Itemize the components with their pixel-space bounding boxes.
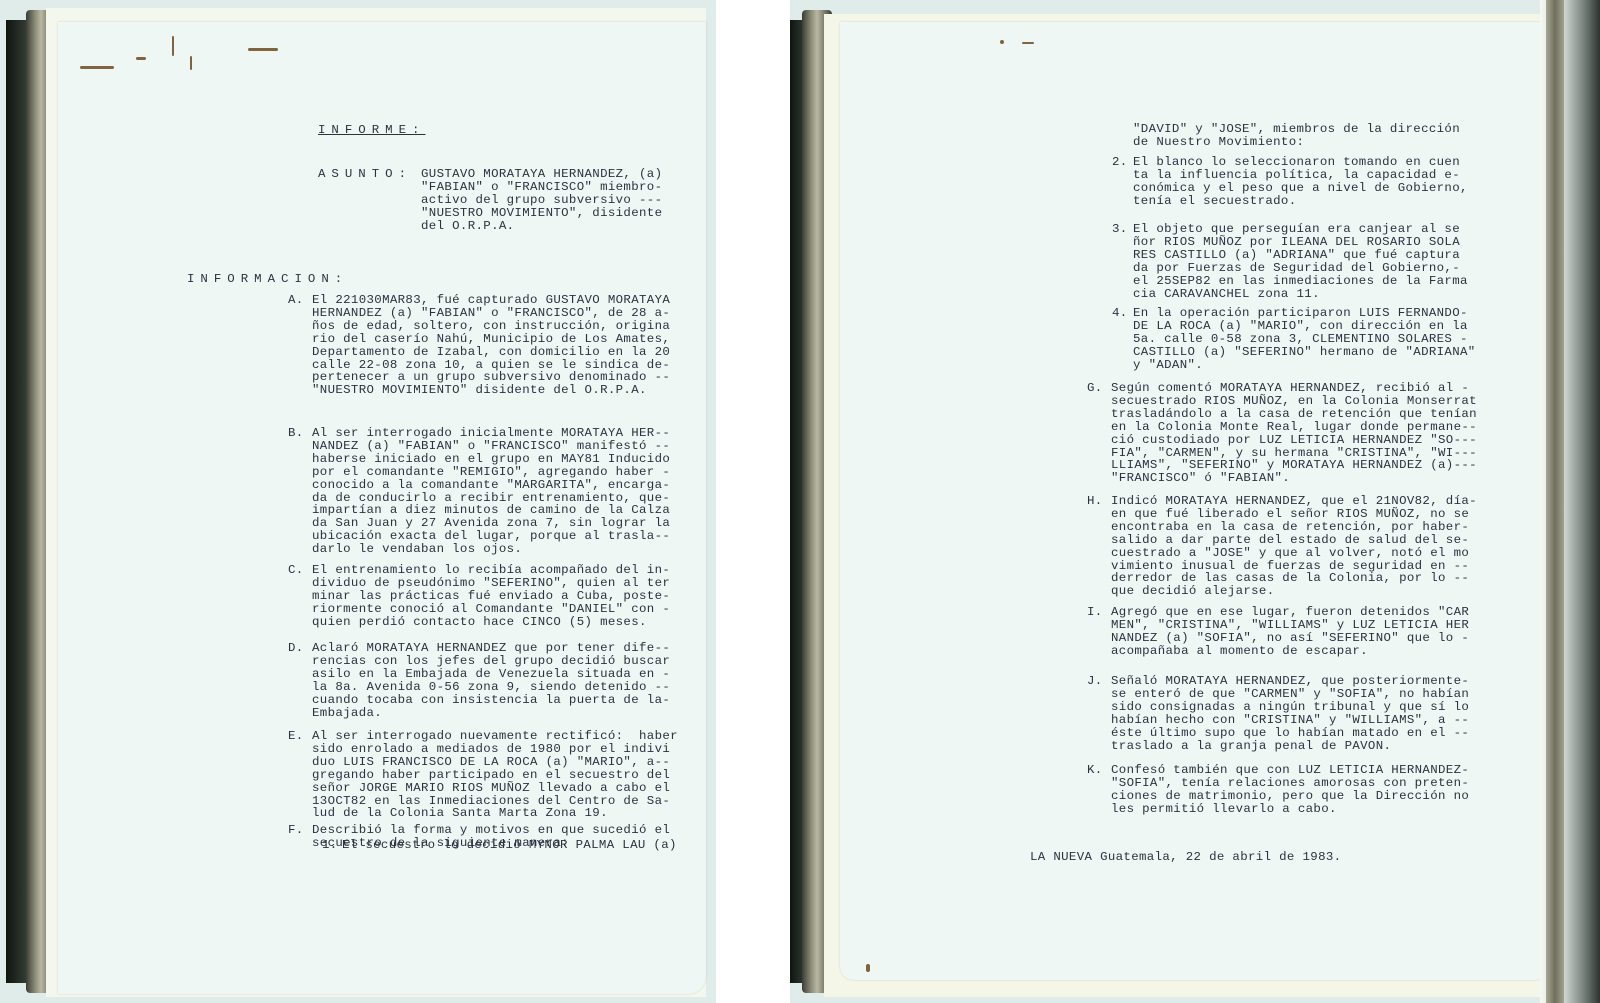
item-h-label: H.: [1087, 495, 1103, 508]
subitem-1-text: El secuestro lo decidió MYNOR PALMA LAU …: [342, 839, 677, 852]
item-b-label: B.: [288, 427, 304, 440]
subitem-3-text: El objeto que perseguían era canjear al …: [1133, 223, 1468, 300]
item-g-label: G.: [1087, 382, 1103, 395]
item-j-label: J.: [1087, 675, 1103, 688]
report-title: INFORME:: [318, 124, 426, 137]
item-j-text: Señaló MORATAYA HERNANDEZ, que posterior…: [1111, 675, 1469, 752]
item-i-text: Agregó que en ese lugar, fueron detenido…: [1111, 606, 1469, 658]
staple-mark: [172, 36, 174, 56]
item-f-label: F.: [288, 824, 304, 837]
item-a-label: A.: [288, 294, 304, 307]
item-c-text: El entrenamiento lo recibía acompañado d…: [312, 564, 670, 629]
staple-mark: [1000, 40, 1004, 44]
staple-mark: [190, 56, 192, 70]
item-b-text: Al ser interrogado inicialmente MORATAYA…: [312, 427, 670, 556]
stain-spot: [866, 964, 870, 972]
subitem-3-label: 3.: [1112, 223, 1128, 236]
staple-mark: [80, 66, 114, 69]
section-heading: INFORMACION:: [187, 273, 348, 286]
item-d-label: D.: [288, 642, 304, 655]
staple-mark: [136, 57, 146, 60]
subject-label: ASUNTO:: [318, 168, 412, 181]
item-h-text: Indicó MORATAYA HERNANDEZ, que el 21NOV8…: [1111, 495, 1477, 598]
document-page-2: "DAVID" y "JOSE", miembros de la direcci…: [840, 22, 1550, 980]
subitem-2-text: El blanco lo seleccionaron tomando en cu…: [1133, 156, 1468, 208]
subitem-1-label: 1.: [322, 839, 338, 852]
staple-mark: [1022, 42, 1034, 44]
item-e-label: E.: [288, 730, 304, 743]
staple-mark: [248, 48, 278, 51]
subitem-4-label: 4.: [1112, 307, 1128, 320]
subject-lines: GUSTAVO MORATAYA HERNANDEZ, (a) "FABIAN"…: [421, 168, 662, 233]
item-i-label: I.: [1087, 606, 1103, 619]
item-d-text: Aclaró MORATAYA HERNANDEZ que por tener …: [312, 642, 670, 719]
item-c-label: C.: [288, 564, 304, 577]
subitem-2-label: 2.: [1112, 156, 1128, 169]
item-k-text: Confesó también que con LUZ LETICIA HERN…: [1111, 764, 1469, 816]
right-binding-spine: [1546, 0, 1564, 1003]
item-g-text: Según comentó MORATAYA HERNANDEZ, recibi…: [1111, 382, 1477, 485]
item-a-text: El 221030MAR83, fué capturado GUSTAVO MO…: [312, 294, 670, 397]
closing-place-date: LA NUEVA Guatemala, 22 de abril de 1983.: [1030, 851, 1341, 864]
subitem-4-text: En la operación participaron LUIS FERNAN…: [1133, 307, 1476, 372]
continuation-text: "DAVID" y "JOSE", miembros de la direcci…: [1133, 123, 1460, 149]
document-page-1: INFORME: ASUNTO: GUSTAVO MORATAYA HERNAN…: [58, 22, 706, 994]
item-e-text: Al ser interrogado nuevamente rectificó:…: [312, 730, 678, 820]
right-page-photo: "DAVID" y "JOSE", miembros de la direcci…: [790, 0, 1600, 1003]
item-k-label: K.: [1087, 764, 1103, 777]
left-page-photo: INFORME: ASUNTO: GUSTAVO MORATAYA HERNAN…: [0, 0, 716, 1003]
